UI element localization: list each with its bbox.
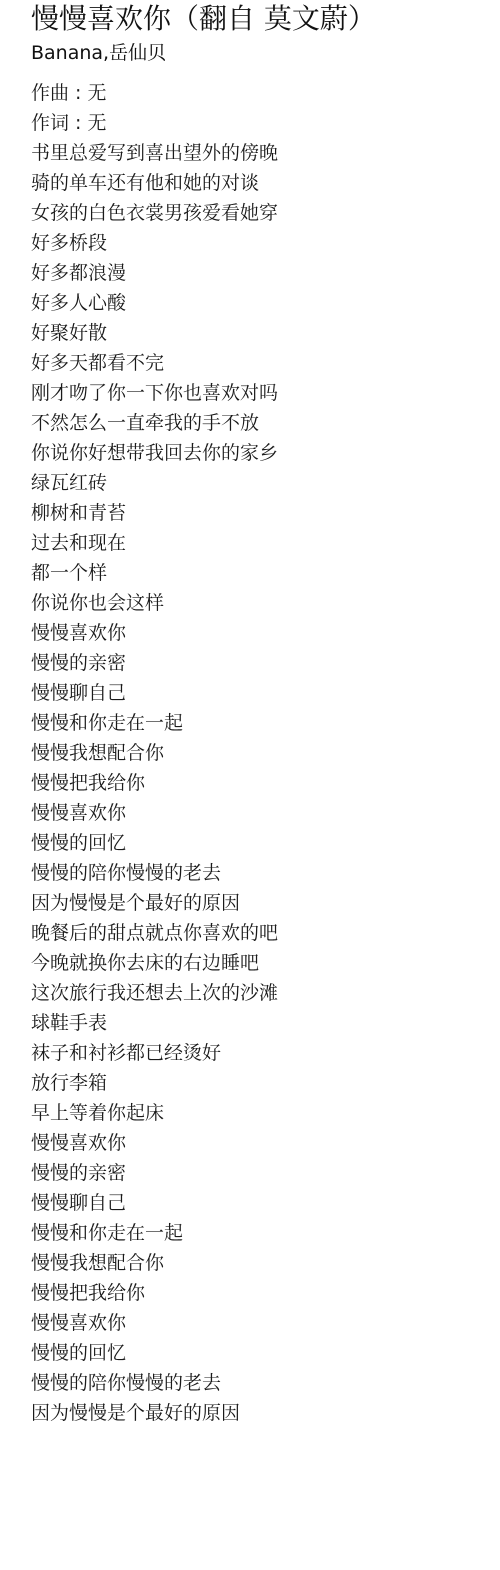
lyric-line: 慢慢喜欢你 bbox=[31, 798, 500, 828]
song-artist: Banana,岳仙贝 bbox=[31, 40, 500, 66]
lyrics-page: 慢慢喜欢你（翻自 莫文蔚） Banana,岳仙贝 作曲 : 无作词 : 无书里总… bbox=[31, 0, 500, 1428]
lyric-line: 慢慢的回忆 bbox=[31, 828, 500, 858]
lyric-line: 慢慢的回忆 bbox=[31, 1338, 500, 1368]
lyric-line: 因为慢慢是个最好的原因 bbox=[31, 1398, 500, 1428]
lyric-line: 好多桥段 bbox=[31, 228, 500, 258]
lyric-line: 好多人心酸 bbox=[31, 288, 500, 318]
lyric-line: 慢慢把我给你 bbox=[31, 768, 500, 798]
lyric-line: 慢慢我想配合你 bbox=[31, 1248, 500, 1278]
lyric-line: 作词 : 无 bbox=[31, 108, 500, 138]
lyric-line: 慢慢的陪你慢慢的老去 bbox=[31, 1368, 500, 1398]
lyric-line: 因为慢慢是个最好的原因 bbox=[31, 888, 500, 918]
lyric-line: 这次旅行我还想去上次的沙滩 bbox=[31, 978, 500, 1008]
lyric-line: 绿瓦红砖 bbox=[31, 468, 500, 498]
lyric-line: 好多天都看不完 bbox=[31, 348, 500, 378]
lyric-line: 慢慢聊自己 bbox=[31, 678, 500, 708]
lyric-line: 早上等着你起床 bbox=[31, 1098, 500, 1128]
lyric-line: 书里总爱写到喜出望外的傍晚 bbox=[31, 138, 500, 168]
lyric-line: 慢慢喜欢你 bbox=[31, 1308, 500, 1338]
lyric-line: 过去和现在 bbox=[31, 528, 500, 558]
lyric-line: 慢慢把我给你 bbox=[31, 1278, 500, 1308]
lyric-line: 作曲 : 无 bbox=[31, 78, 500, 108]
lyric-line: 慢慢聊自己 bbox=[31, 1188, 500, 1218]
lyric-line: 慢慢的亲密 bbox=[31, 648, 500, 678]
lyric-line: 你说你好想带我回去你的家乡 bbox=[31, 438, 500, 468]
lyrics-body: 作曲 : 无作词 : 无书里总爱写到喜出望外的傍晚骑的单车还有他和她的对谈女孩的… bbox=[31, 78, 500, 1428]
lyric-line: 女孩的白色衣裳男孩爱看她穿 bbox=[31, 198, 500, 228]
lyric-line: 晚餐后的甜点就点你喜欢的吧 bbox=[31, 918, 500, 948]
lyric-line: 放行李箱 bbox=[31, 1068, 500, 1098]
lyric-line: 球鞋手表 bbox=[31, 1008, 500, 1038]
lyric-line: 慢慢和你走在一起 bbox=[31, 1218, 500, 1248]
lyric-line: 慢慢我想配合你 bbox=[31, 738, 500, 768]
lyric-line: 慢慢和你走在一起 bbox=[31, 708, 500, 738]
lyric-line: 都一个样 bbox=[31, 558, 500, 588]
lyric-line: 慢慢的亲密 bbox=[31, 1158, 500, 1188]
lyric-line: 好聚好散 bbox=[31, 318, 500, 348]
lyric-line: 今晚就换你去床的右边睡吧 bbox=[31, 948, 500, 978]
lyric-line: 袜子和衬衫都已经烫好 bbox=[31, 1038, 500, 1068]
lyric-line: 慢慢的陪你慢慢的老去 bbox=[31, 858, 500, 888]
lyric-line: 柳树和青苔 bbox=[31, 498, 500, 528]
lyric-line: 骑的单车还有他和她的对谈 bbox=[31, 168, 500, 198]
song-title: 慢慢喜欢你（翻自 莫文蔚） bbox=[31, 2, 500, 36]
lyric-line: 好多都浪漫 bbox=[31, 258, 500, 288]
lyric-line: 慢慢喜欢你 bbox=[31, 618, 500, 648]
lyric-line: 不然怎么一直牵我的手不放 bbox=[31, 408, 500, 438]
lyric-line: 慢慢喜欢你 bbox=[31, 1128, 500, 1158]
lyric-line: 刚才吻了你一下你也喜欢对吗 bbox=[31, 378, 500, 408]
lyric-line: 你说你也会这样 bbox=[31, 588, 500, 618]
